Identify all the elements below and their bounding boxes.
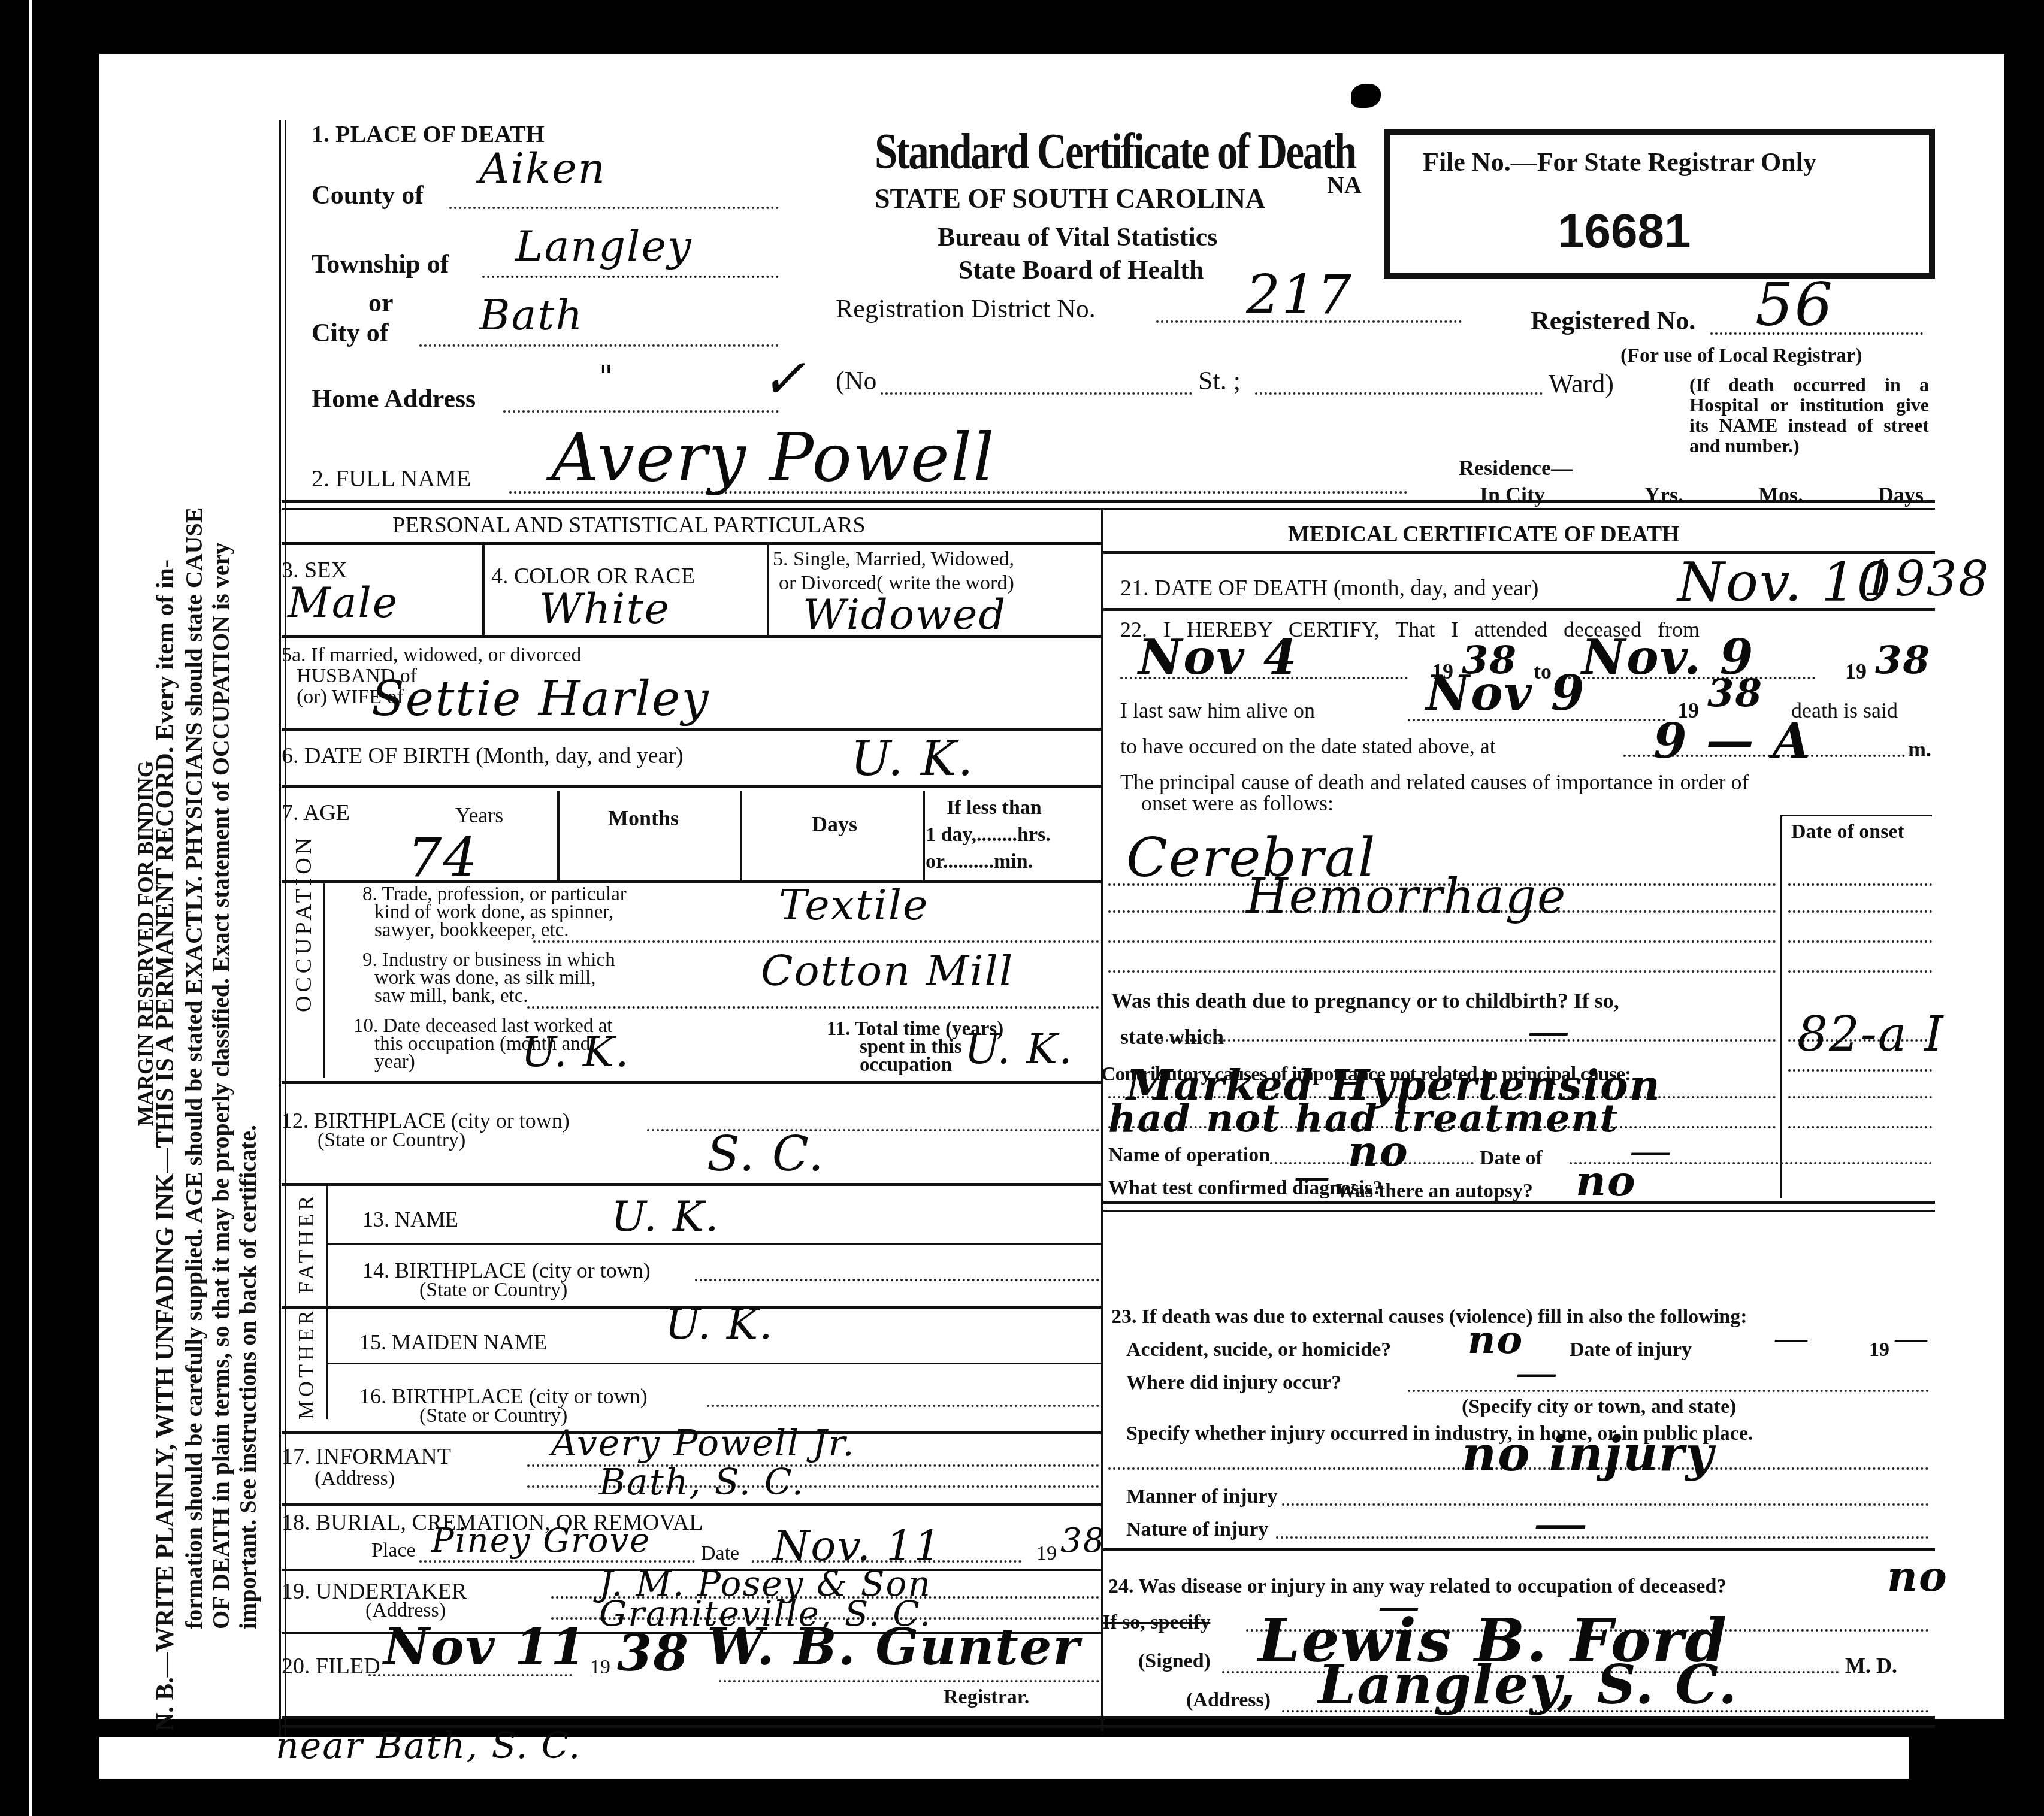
mother-side-label: MOTHER <box>294 1307 319 1419</box>
onset-line-2 <box>1788 910 1932 913</box>
mother-maiden-value: U. K. <box>665 1300 774 1349</box>
nature-label: Nature of injury <box>1126 1518 1268 1541</box>
birthplace-label-2: (State or Country) <box>318 1129 465 1152</box>
medical-rule-23 <box>1102 1548 1935 1551</box>
last-saw-year: 38 <box>1707 671 1763 716</box>
stamp-fragment: NA <box>1327 171 1362 199</box>
date-of-onset-label: Date of onset <box>1791 821 1904 843</box>
date-injury-label: Date of injury <box>1570 1339 1692 1361</box>
city-line <box>419 344 779 347</box>
county-line <box>449 207 779 209</box>
onset-line-6 <box>1788 1069 1932 1072</box>
ink-blot <box>1351 84 1381 108</box>
days-label: Days <box>1878 482 1924 507</box>
informant-address-value: Bath, S. C. <box>599 1461 805 1503</box>
dod-year-value: 1938 <box>1863 551 1990 607</box>
street-no-label: (No <box>836 365 876 396</box>
test-value: — <box>1294 1156 1331 1198</box>
less-than-label-1: If less than <box>947 797 1042 819</box>
attended-to-year: 38 <box>1875 638 1931 683</box>
filed-date-value: Nov 11 <box>383 1617 587 1676</box>
full-name-label: 2. FULL NAME <box>312 464 471 492</box>
father-side-divider <box>326 1183 328 1419</box>
classification-code: 82-a I <box>1797 1006 1945 1062</box>
form-left-border <box>279 120 281 1737</box>
years-label: Years <box>455 803 503 828</box>
date-injury-value: — <box>1773 1318 1810 1360</box>
months-days-divider <box>740 791 742 880</box>
filed-label: 20. FILED <box>282 1653 380 1679</box>
state-which-line <box>1156 1039 1776 1042</box>
margin-note-line-4: important. See instructions on back of c… <box>234 1125 262 1629</box>
state-which-label: state which <box>1120 1024 1224 1049</box>
days-label-age: Days <box>812 812 857 837</box>
row-rule-12 <box>282 1183 1102 1186</box>
nature-value: — <box>1534 1491 1589 1554</box>
dob-value: U. K. <box>851 731 974 786</box>
scan-edge-line <box>29 0 32 1816</box>
operation-value: no <box>1348 1126 1409 1176</box>
physician-address-value: Langley, S. C. <box>1318 1653 1738 1717</box>
where-label: Where did injury occur? <box>1126 1372 1341 1394</box>
burial-place-value: Piney Grove <box>431 1521 651 1560</box>
registrar-line <box>719 1680 1099 1682</box>
onset-line-3 <box>1788 940 1932 943</box>
medical-rule-22 <box>1102 1201 1935 1204</box>
spouse-value: Settie Harley <box>371 671 710 727</box>
if-so-label: If so, specify <box>1102 1611 1210 1634</box>
cause-line-3 <box>1108 940 1776 943</box>
marital-label-1: 5. Single, Married, Widowed, <box>773 548 1014 571</box>
less-than-label-3: or..........min. <box>926 851 1033 873</box>
accident-label: Accident, sucide, or homicide? <box>1126 1339 1391 1361</box>
footer-note: near Bath, S. C. <box>276 1725 581 1767</box>
industry-value: Cotton Mill <box>761 946 1014 995</box>
full-name-value: Avery Powell <box>551 419 995 496</box>
state-name: STATE OF SOUTH CAROLINA <box>875 183 1265 214</box>
yrs-label: Yrs. <box>1644 482 1683 507</box>
row-rule-5a <box>282 728 1102 731</box>
file-number-value: 16681 <box>1558 204 1691 259</box>
cause-line-4 <box>1108 970 1776 973</box>
registration-district-value: 217 <box>1246 264 1353 326</box>
where-value: — <box>1516 1348 1559 1397</box>
home-address-label: Home Address <box>312 383 476 414</box>
margin-note-line-3: OF DEATH in plain terms, so that it may … <box>207 543 235 1629</box>
father-birthplace-line <box>695 1279 1099 1281</box>
last-saw-label: I last saw him alive on <box>1120 698 1315 723</box>
row-rule-occupation <box>282 1081 1102 1084</box>
row-rule-6 <box>282 785 1102 788</box>
cause-value-2: Hemorrhage <box>1246 868 1567 924</box>
registrar-signature: W. B. Gunter <box>707 1617 1081 1676</box>
city-value: Bath <box>479 290 583 340</box>
father-birthplace-label-2: (State or Country) <box>419 1279 567 1302</box>
township-value: Langley <box>515 222 692 271</box>
occupation-side-divider <box>323 880 325 1078</box>
injury-year-value: — <box>1893 1318 1930 1360</box>
specify-value: no injury <box>1462 1425 1715 1482</box>
or-label: or <box>368 287 394 318</box>
street-line <box>1255 392 1543 395</box>
total-time-label-3: occupation <box>860 1054 952 1076</box>
date-of-label: Date of <box>1480 1147 1543 1170</box>
margin-note-line-2: formation should be carefully supplied. … <box>180 507 208 1629</box>
days-less-divider <box>923 791 925 880</box>
mother-birthplace-label-2: (State or Country) <box>419 1405 567 1427</box>
informant-name-value: Avery Powell Jr. <box>551 1422 855 1464</box>
md-label: M. D. <box>1845 1653 1897 1678</box>
trade-line <box>533 940 1099 943</box>
home-address-line <box>503 410 779 413</box>
medical-rule-22b <box>1102 1210 1935 1212</box>
father-side-label: FATHER <box>294 1192 319 1294</box>
less-than-label-2: 1 day,........hrs. <box>926 824 1051 846</box>
spouse-label-1: 5a. If married, widowed, or divorced <box>282 644 581 667</box>
last-saw-value: Nov 9 <box>1426 665 1585 721</box>
street-no-line <box>881 392 1192 395</box>
operation-label: Name of operation <box>1108 1144 1270 1167</box>
external-label: 23. If death was due to external causes … <box>1111 1306 1747 1328</box>
dod-value: Nov. 10 <box>1677 551 1892 614</box>
form-left-border-inner <box>285 120 286 1737</box>
burial-date-label: Date <box>701 1542 739 1565</box>
informant-address-label: (Address) <box>315 1467 395 1490</box>
race-marital-divider <box>767 545 769 635</box>
father-name-label: 13. NAME <box>362 1207 458 1232</box>
occupational-value: no <box>1887 1551 1948 1601</box>
onset-line-1 <box>1788 883 1932 886</box>
dod-rule <box>1102 608 1935 611</box>
m-label: m. <box>1908 737 1931 762</box>
attended-to-year-prefix: 19 <box>1845 659 1867 684</box>
section-divider-top-2 <box>282 508 1935 510</box>
section-divider-top <box>282 500 1935 503</box>
time-value: 9 — A <box>1653 713 1811 769</box>
last-worked-label-3: year) <box>374 1051 415 1073</box>
file-number-label: File No.—For State Registrar Only <box>1423 147 1816 177</box>
row-rule-15 <box>326 1363 1102 1364</box>
race-value: White <box>539 584 670 633</box>
personal-heading-rule <box>282 542 1102 545</box>
father-name-value: U. K. <box>611 1192 720 1241</box>
burial-place-label: Place <box>371 1539 416 1562</box>
personal-heading: PERSONAL AND STATISTICAL PARTICULARS <box>392 512 866 538</box>
board-name: State Board of Health <box>958 255 1204 285</box>
signed-label: (Signed) <box>1138 1650 1211 1673</box>
margin-note-line-1: N. B.—WRITE PLAINLY, WITH UNFADING INK—T… <box>151 559 180 1731</box>
birthplace-value: S. C. <box>707 1126 825 1182</box>
sex-value: Male <box>288 578 398 627</box>
residence-label: Residence— <box>1459 455 1573 480</box>
filed-year-value: 38 <box>617 1623 690 1682</box>
filed-year-prefix: 19 <box>590 1656 610 1679</box>
industry-label-3: saw mill, bank, etc. <box>374 985 528 1007</box>
last-worked-value: U. K. <box>521 1027 630 1076</box>
street-label: St. ; <box>1198 365 1241 396</box>
sex-race-divider <box>482 545 485 635</box>
marital-value: Widowed <box>803 590 1006 639</box>
specify-city-label: (Specify city or town, and state) <box>1462 1396 1736 1418</box>
city-label: City of <box>312 317 388 348</box>
industry-line <box>527 1006 1099 1009</box>
in-city-label: In City <box>1480 482 1545 507</box>
registered-no-value: 56 <box>1755 270 1834 340</box>
cause-intro-2: onset were as follows: <box>1141 791 1334 816</box>
burial-place-line <box>419 1560 695 1563</box>
mother-maiden-label: 15. MAIDEN NAME <box>359 1330 547 1355</box>
months-label: Months <box>608 806 679 831</box>
registrar-label: Registrar. <box>944 1686 1029 1709</box>
row-rule-3 <box>282 635 1102 638</box>
local-registrar-note: (For use of Local Registrar) <box>1620 344 1862 367</box>
county-label: County of <box>312 180 424 210</box>
informant-label: 17. INFORMANT <box>282 1443 451 1470</box>
certificate-title: Standard Certificate of Death <box>875 123 1356 181</box>
ward-label: Ward) <box>1549 368 1614 399</box>
bureau-name: Bureau of Vital Statistics <box>938 222 1217 252</box>
autopsy-value: no <box>1576 1156 1637 1206</box>
injury-year-prefix: 19 <box>1869 1339 1889 1361</box>
medical-heading: MEDICAL CERTIFICATE OF DEATH <box>1288 521 1680 547</box>
check-mark-icon: ✓ <box>761 347 807 410</box>
where-line <box>1408 1390 1929 1392</box>
burial-year-prefix: 19 <box>1036 1542 1057 1565</box>
trade-value: Textile <box>779 880 929 930</box>
row-rule-13 <box>326 1243 1102 1245</box>
years-months-divider <box>557 791 560 880</box>
total-time-value: U. K. <box>964 1024 1074 1073</box>
onset-line-4 <box>1788 970 1932 973</box>
trade-label-3: sawyer, bookkeeper, etc. <box>374 919 569 942</box>
mos-label: Mos. <box>1758 482 1803 507</box>
registered-no-label: Registered No. <box>1531 305 1695 336</box>
hospital-note: (If death occurred in a Hospital or inst… <box>1689 374 1929 456</box>
county-value: Aiken <box>479 144 606 193</box>
home-address-value: " <box>599 359 614 394</box>
onset-header-rule <box>1782 815 1932 816</box>
onset-line-8 <box>1788 1126 1932 1128</box>
nature-line <box>1276 1536 1929 1539</box>
onset-column-divider <box>1780 815 1782 1198</box>
township-line <box>482 276 779 278</box>
township-label: Township of <box>312 249 449 279</box>
occurred-label: to have occured on the date stated above… <box>1120 734 1496 759</box>
onset-line-7 <box>1788 1096 1932 1098</box>
attended-from-value: Nov 4 <box>1138 629 1298 685</box>
state-which-value: — <box>1528 1006 1571 1055</box>
registration-district-label: Registration District No. <box>836 293 1096 324</box>
burial-year-value: 38 <box>1060 1521 1105 1560</box>
age-label: 7. AGE <box>282 800 350 826</box>
dod-label: 21. DATE OF DEATH (month, day, and year) <box>1120 575 1538 601</box>
mother-birthplace-line <box>707 1405 1099 1407</box>
manner-label: Manner of injury <box>1126 1485 1277 1508</box>
dob-label: 6. DATE OF BIRTH (Month, day, and year) <box>282 743 684 769</box>
row-rule-17 <box>282 1503 1102 1506</box>
manner-line <box>1282 1503 1929 1506</box>
autopsy-label: Was there an autopsy? <box>1336 1180 1533 1203</box>
occupation-side-label: OCCUPATION <box>291 834 317 1012</box>
physician-address-label: (Address) <box>1186 1689 1271 1712</box>
